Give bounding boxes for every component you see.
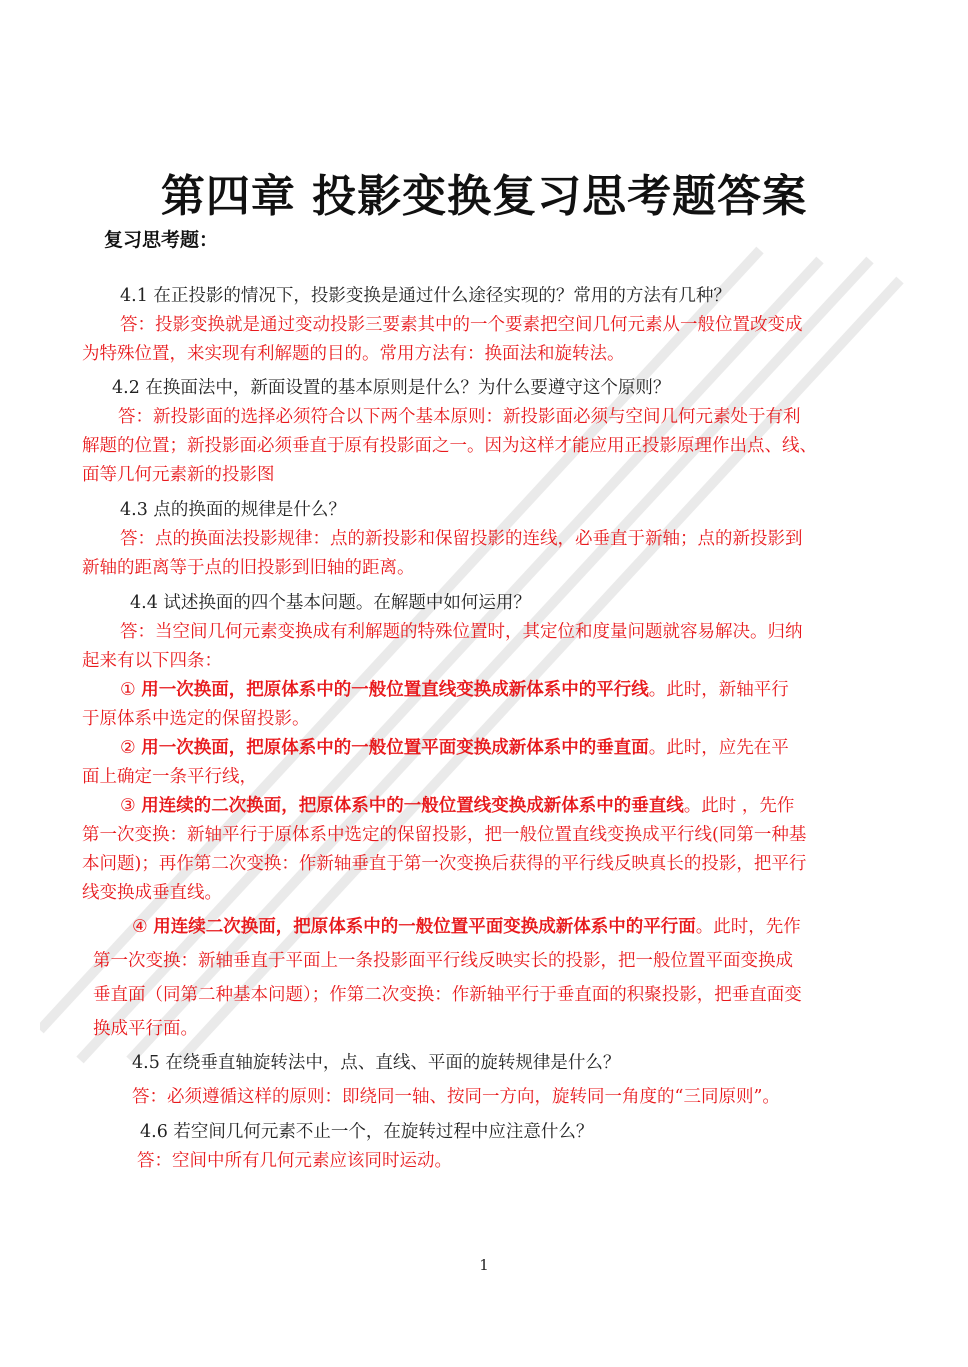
item-text: 。此时，先作: [696, 917, 801, 937]
item-text: 。此时 ，先作: [684, 796, 795, 816]
answer-4-3-line-2: 新轴的距离等于点的旧投影到旧轴的距离。: [82, 560, 415, 578]
item-heading: 用一次换面，把原体系中的一般位置平面变换成新体系中的垂直面: [141, 738, 649, 758]
basic-problem-4-cont-1: 第一次变换：新轴垂直于平面上一条投影面平行线反映实长的投影，把一般位置平面变换成: [93, 953, 793, 971]
answer-4-4-line-2: 起来有以下四条：: [82, 653, 222, 671]
answer-4-2-line-2: 解题的位置；新投影面必须垂直于原有投影面之一。因为这样才能应用正投影原理作出点、…: [82, 438, 817, 456]
answer-4-1-line-1: 答：投影变换就是通过变动投影三要素其中的一个要素把空间几何元素从一般位置改变成: [120, 317, 803, 335]
item-text: 。此时，新轴平行: [649, 680, 789, 700]
basic-problem-3: ③ 用连续的二次换面，把原体系中的一般位置线变换成新体系中的垂直线。此时 ，先作: [120, 798, 794, 816]
basic-problem-1-cont: 于原体系中选定的保留投影。: [82, 711, 310, 729]
item-marker: ③: [120, 796, 136, 816]
basic-problem-2-cont: 面上确定一条平行线，: [82, 769, 257, 787]
answer-4-2-line-1: 答：新投影面的选择必须符合以下两个基本原则：新投影面必须与空间几何元素处于有利: [118, 409, 801, 427]
question-4-1: 4.1 在正投影的情况下，投影变换是通过什么途径实现的？常用的方法有几种？: [120, 288, 731, 306]
basic-problem-4: ④ 用连续二次换面，把原体系中的一般位置平面变换成新体系中的平行面。此时，先作: [132, 919, 801, 937]
answer-4-2-line-3: 面等几何元素新的投影图: [82, 467, 275, 485]
question-4-6: 4.6 若空间几何元素不止一个，在旋转过程中应注意什么？: [140, 1124, 593, 1142]
basic-problem-2: ② 用一次换面，把原体系中的一般位置平面变换成新体系中的垂直面。此时，应先在平: [120, 740, 789, 758]
item-heading: 用连续二次换面，把原体系中的一般位置平面变换成新体系中的平行面: [153, 917, 696, 937]
section-heading: 复习思考题：: [104, 225, 218, 252]
item-marker: ④: [132, 917, 148, 937]
question-4-4: 4.4 试述换面的四个基本问题。在解题中如何运用？: [130, 595, 531, 613]
basic-problem-3-cont-2: 本问题)；再作第二次变换：作新轴垂直于第一次变换后获得的平行线反映真长的投影，把…: [82, 856, 806, 874]
answer-4-1-line-2: 为特殊位置，来实现有利解题的目的。常用方法有：换面法和旋转法。: [82, 346, 625, 364]
question-4-5: 4.5 在绕垂直轴旋转法中，点、直线、平面的旋转规律是什么？: [132, 1055, 620, 1073]
basic-problem-3-cont-3: 线变换成垂直线。: [82, 885, 222, 903]
answer-4-3-line-1: 答：点的换面法投影规律：点的新投影和保留投影的连线，必垂直于新轴；点的新投影到: [120, 531, 803, 549]
answer-4-6-line-1: 答：空间中所有几何元素应该同时运动。: [137, 1153, 452, 1171]
basic-problem-4-cont-2: 垂直面（同第二种基本问题）；作第二次变换：作新轴平行于垂直面的积聚投影，把垂直面…: [93, 987, 802, 1005]
basic-problem-1: ① 用一次换面，把原体系中的一般位置直线变换成新体系中的平行线。此时，新轴平行: [120, 682, 789, 700]
item-marker: ①: [120, 680, 136, 700]
question-4-3: 4.3 点的换面的规律是什么？: [120, 502, 346, 520]
item-text: 。此时，应先在平: [649, 738, 789, 758]
item-marker: ②: [120, 738, 136, 758]
answer-4-4-line-1: 答：当空间几何元素变换成有利解题的特殊位置时，其定位和度量问题就容易解决。归纳: [120, 624, 803, 642]
page-number: 1: [0, 1256, 968, 1274]
document-page: 第四章 投影变换复习思考题答案 复习思考题： 4.1 在正投影的情况下，投影变换…: [0, 0, 968, 1367]
basic-problem-4-cont-3: 换成平行面。: [93, 1021, 198, 1039]
page-title: 第四章 投影变换复习思考题答案: [0, 160, 968, 224]
question-4-2: 4.2 在换面法中，新面设置的基本原则是什么？为什么要遵守这个原则？: [112, 380, 670, 398]
item-heading: 用连续的二次换面，把原体系中的一般位置线变换成新体系中的垂直线: [141, 796, 684, 816]
item-heading: 用一次换面，把原体系中的一般位置直线变换成新体系中的平行线: [141, 680, 649, 700]
basic-problem-3-cont-1: 第一次变换：新轴平行于原体系中选定的保留投影，把一般位置直线变换成平行线(同第一…: [82, 827, 806, 845]
answer-4-5-line-1: 答：必须遵循这样的原则：即绕同一轴、按同一方向，旋转同一角度的“三同原则”。: [132, 1089, 780, 1107]
